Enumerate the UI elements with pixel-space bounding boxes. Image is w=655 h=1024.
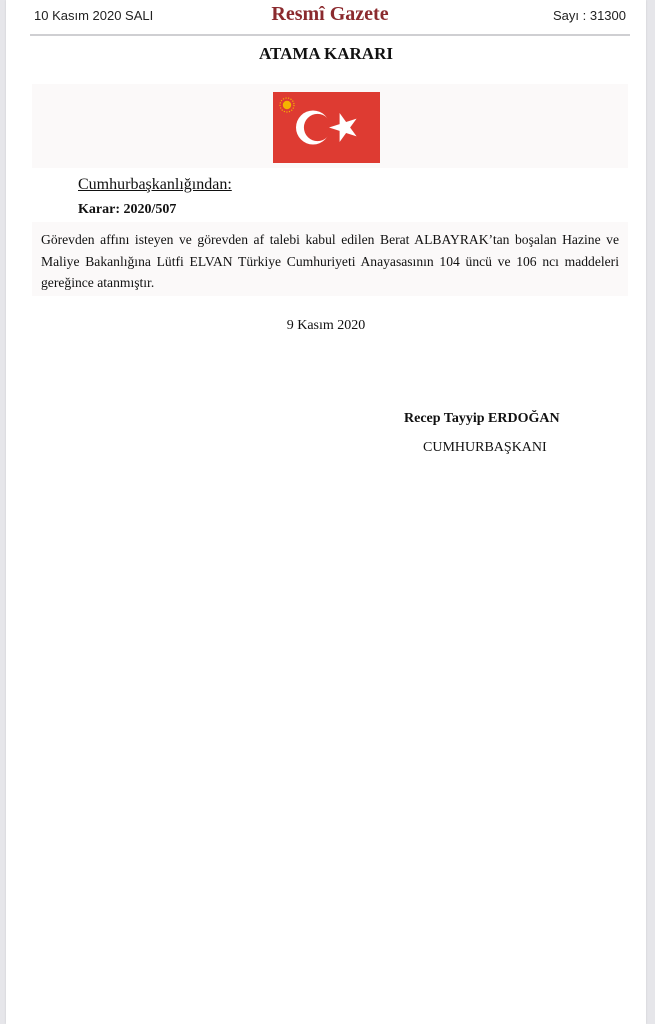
- decision-date: 9 Kasım 2020: [6, 318, 646, 334]
- document-title: ATAMA KARARI: [6, 44, 646, 64]
- gazette-header: 10 Kasım 2020 SALI Resmî Gazete Sayı : 3…: [30, 0, 630, 36]
- decision-number: Karar: 2020/507: [78, 202, 176, 218]
- publication-title: Resmî Gazete: [30, 3, 630, 26]
- gazette-page: 10 Kasım 2020 SALI Resmî Gazete Sayı : 3…: [6, 0, 646, 1024]
- issue-number: Sayı : 31300: [553, 8, 626, 23]
- turkish-flag-icon: [273, 92, 380, 163]
- signer-title: CUMHURBAŞKANI: [423, 440, 547, 456]
- decision-body: Görevden affını isteyen ve görevden af t…: [41, 229, 619, 294]
- signer-name: Recep Tayyip ERDOĞAN: [404, 411, 560, 427]
- issuing-authority: Cumhurbaşkanlığından:: [78, 176, 232, 194]
